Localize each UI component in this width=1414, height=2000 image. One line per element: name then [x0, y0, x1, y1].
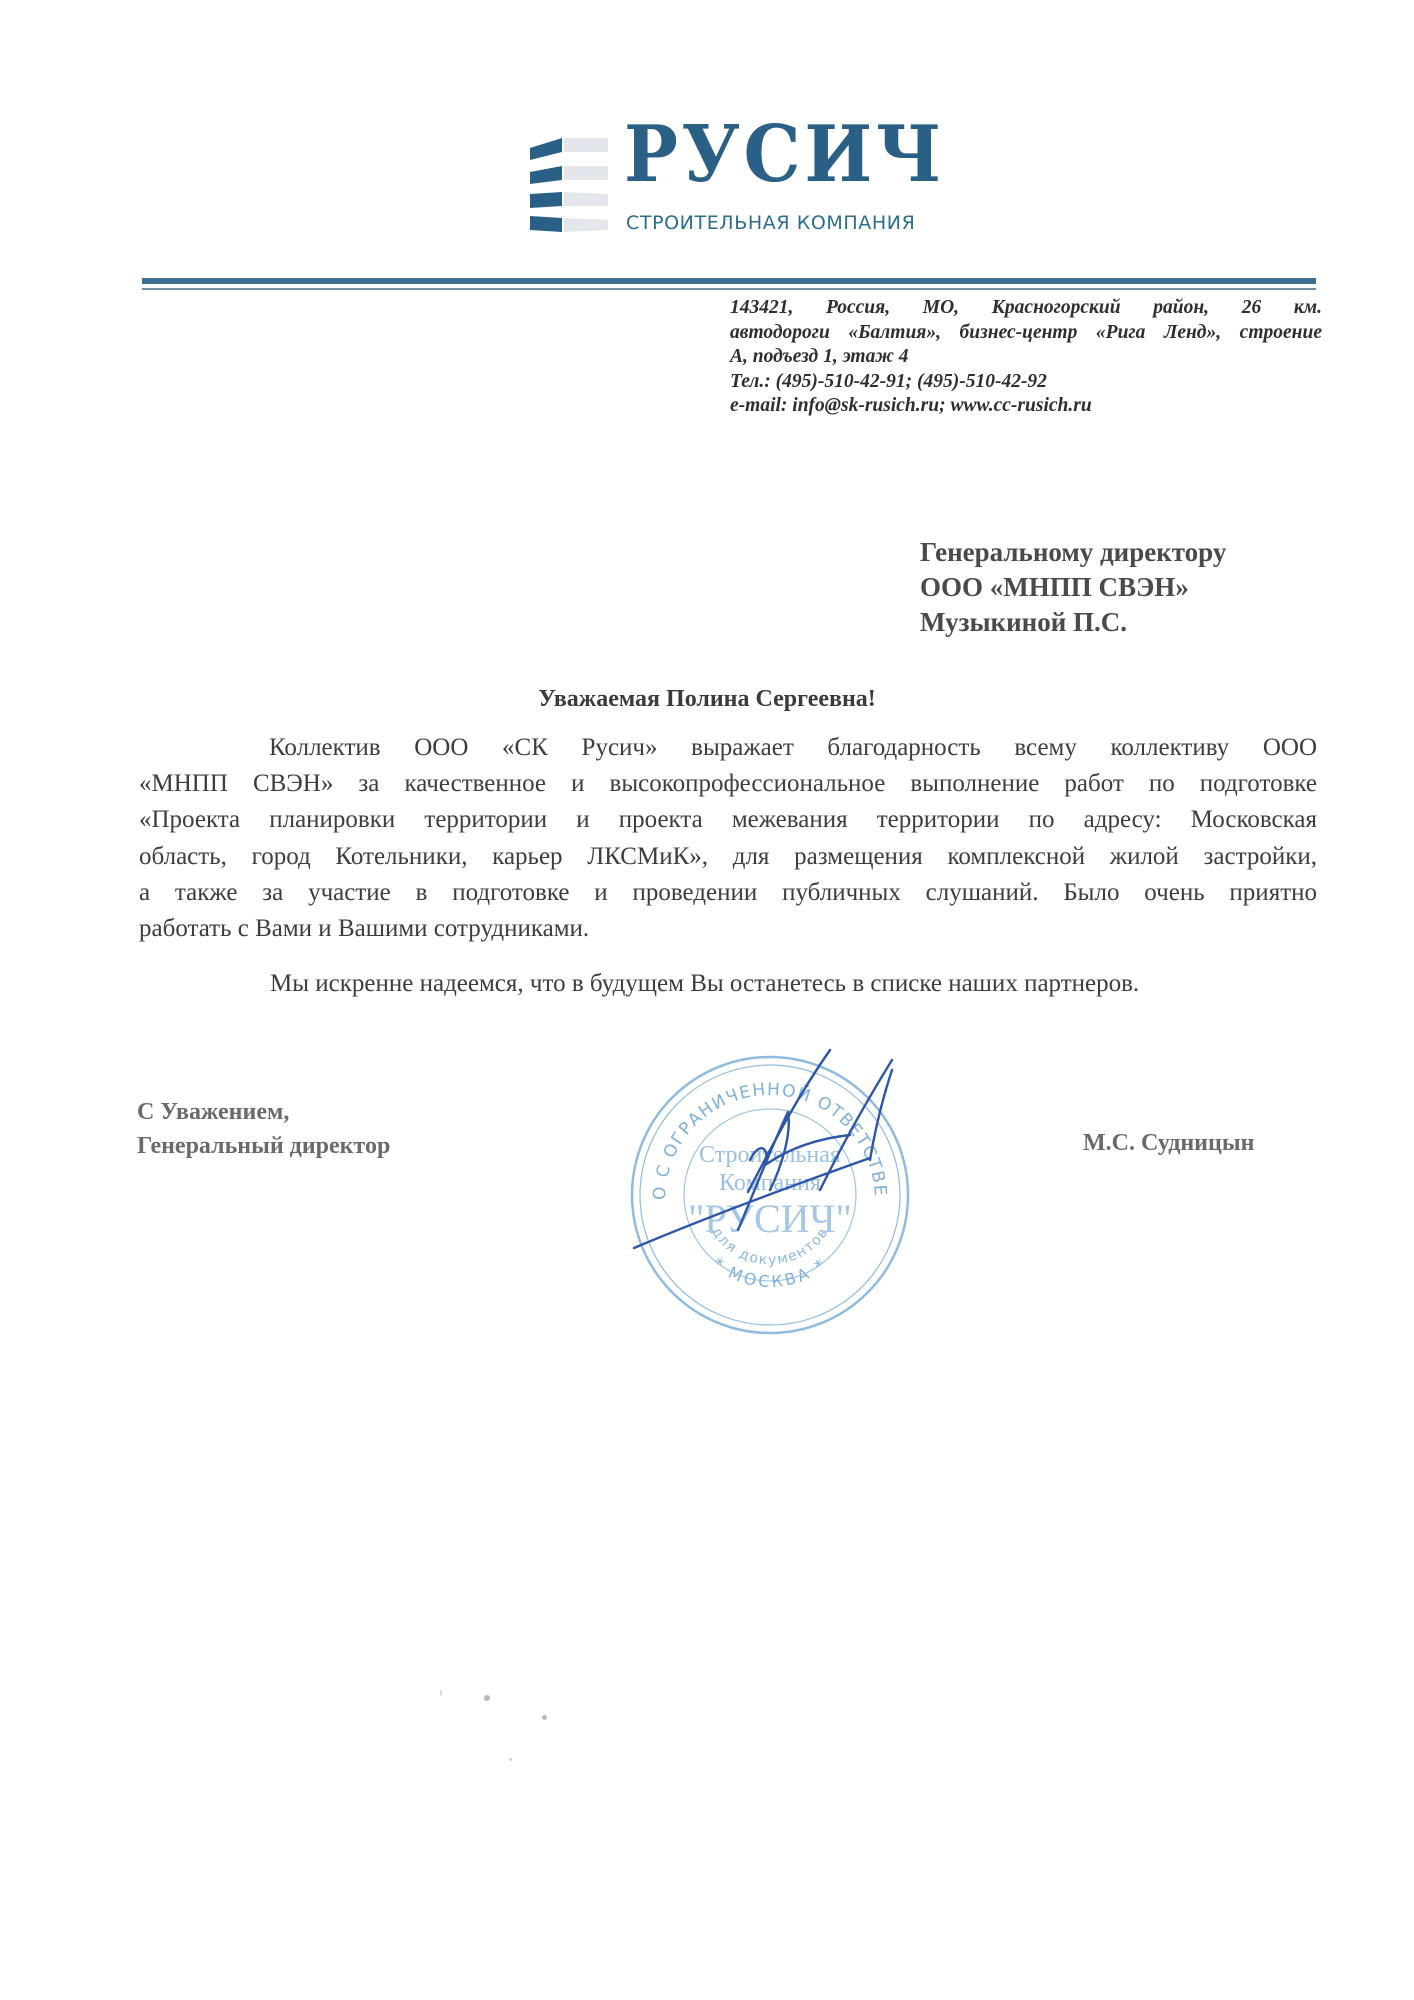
header-rule-thin: [142, 288, 1316, 290]
signature-block: С Уважением, Генеральный директор: [137, 1095, 390, 1163]
building-stripes-icon: [528, 134, 610, 234]
body-line: а также за участие в подготовке и провед…: [139, 875, 1317, 911]
letter-closing-paragraph: Мы искренне надеемся, что в будущем Вы о…: [270, 970, 1139, 998]
addressee-name: Музыкиной П.С.: [920, 605, 1226, 640]
letter-body-paragraph: Коллектив ООО «СК Русич» выражает благод…: [139, 730, 1317, 947]
salutation: Уважаемая Полина Сергеевна!: [0, 686, 1414, 713]
scan-speck: [440, 1690, 442, 1696]
address-line: автодороги «Балтия», бизнес-центр «Рига …: [730, 321, 1322, 346]
scan-speck: [484, 1695, 490, 1701]
header-rule-thick: [142, 278, 1316, 284]
company-address-block: 143421, Россия, МО, Красногорский район,…: [730, 296, 1322, 419]
body-line: «Проекта планировки территории и проекта…: [139, 802, 1317, 838]
addressee-company: ООО «МНПП СВЭН»: [920, 570, 1226, 605]
signer-position: Генеральный директор: [137, 1129, 390, 1163]
signer-name: М.С. Судницын: [1083, 1130, 1254, 1157]
body-line: «МНПП СВЭН» за качественное и высокопроф…: [139, 766, 1317, 802]
contact-email-web-line: e-mail: info@sk-rusich.ru; www.cc-rusich…: [730, 394, 1322, 419]
company-name: РУСИЧ: [624, 116, 945, 194]
body-line: Коллектив ООО «СК Русич» выражает благод…: [139, 730, 1317, 766]
addressee-block: Генеральному директору ООО «МНПП СВЭН» М…: [920, 535, 1226, 640]
handwritten-signature: [620, 1040, 920, 1270]
body-line: область, город Котельники, карьер ЛКСМиК…: [139, 839, 1317, 875]
regards-text: С Уважением,: [137, 1095, 390, 1129]
company-subtitle: СТРОИТЕЛЬНАЯ КОМПАНИЯ: [626, 212, 915, 234]
address-line: А, подъезд 1, этаж 4: [730, 345, 1322, 370]
scan-speck: [542, 1715, 547, 1720]
addressee-position: Генеральному директору: [920, 535, 1226, 570]
body-line: работать с Вами и Вашими сотрудниками.: [139, 911, 1317, 947]
company-logo: РУСИЧ СТРОИТЕЛЬНАЯ КОМПАНИЯ: [528, 128, 908, 238]
scan-speck: [509, 1758, 512, 1761]
address-line: 143421, Россия, МО, Красногорский район,…: [730, 296, 1322, 321]
phone-line: Тел.: (495)-510-42-91; (495)-510-42-92: [730, 370, 1322, 395]
